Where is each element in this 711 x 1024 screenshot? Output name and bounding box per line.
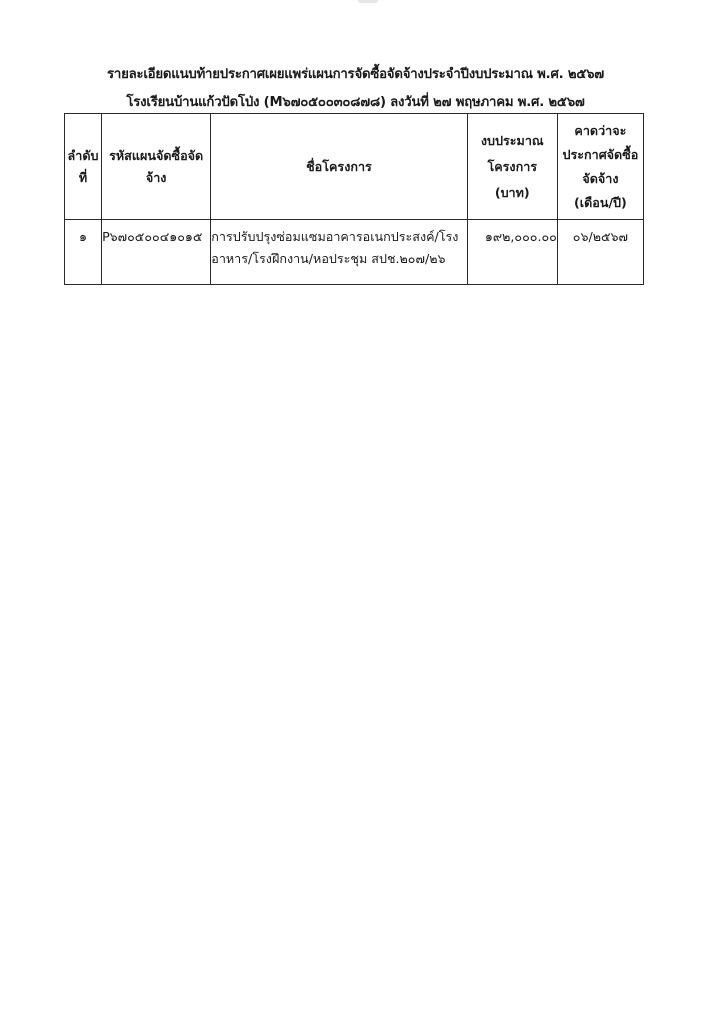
cell-expected-date: ๐๖/๒๕๖๗ (557, 220, 643, 285)
cell-project-name: การปรับปรุงซ่อมแซมอาคารอเนกประสงค์/โรง อ… (211, 220, 467, 285)
header-project-name: ชื่อโครงการ (211, 114, 467, 220)
header-plan-code: รหัสแผนจัดซื้อจัด จ้าง (102, 114, 211, 220)
header-expected-date: คาดว่าจะ ประกาศจัดซื้อ จัดจ้าง (เดือน/ปี… (557, 114, 643, 220)
table-row: ๑ P๖๗๐๕๐๐๔๑๐๑๕ การปรับปรุงซ่อมแซมอาคารอเ… (65, 220, 644, 285)
document-subtitle: โรงเรียนบ้านแก้วปัดโป่ง (M๖๗๐๕๐๐๓๐๘๗๘) ล… (0, 91, 711, 112)
document-title: รายละเอียดแนบท้ายประกาศเผยแพร่แผนการจัดซ… (0, 63, 711, 84)
table-header-row: ลำดับ ที่ รหัสแผนจัดซื้อจัด จ้าง ชื่อโคร… (65, 114, 644, 220)
procurement-plan-table: ลำดับ ที่ รหัสแผนจัดซื้อจัด จ้าง ชื่อโคร… (64, 113, 644, 285)
cell-budget: ๑๙๒,๐๐๐.๐๐ (467, 220, 557, 285)
scan-artifact (358, 0, 378, 3)
header-sequence-no: ลำดับ ที่ (65, 114, 102, 220)
cell-plan-code: P๖๗๐๕๐๐๔๑๐๑๕ (102, 220, 211, 285)
header-budget: งบประมาณ โครงการ (บาท) (467, 114, 557, 220)
cell-sequence-no: ๑ (65, 220, 102, 285)
